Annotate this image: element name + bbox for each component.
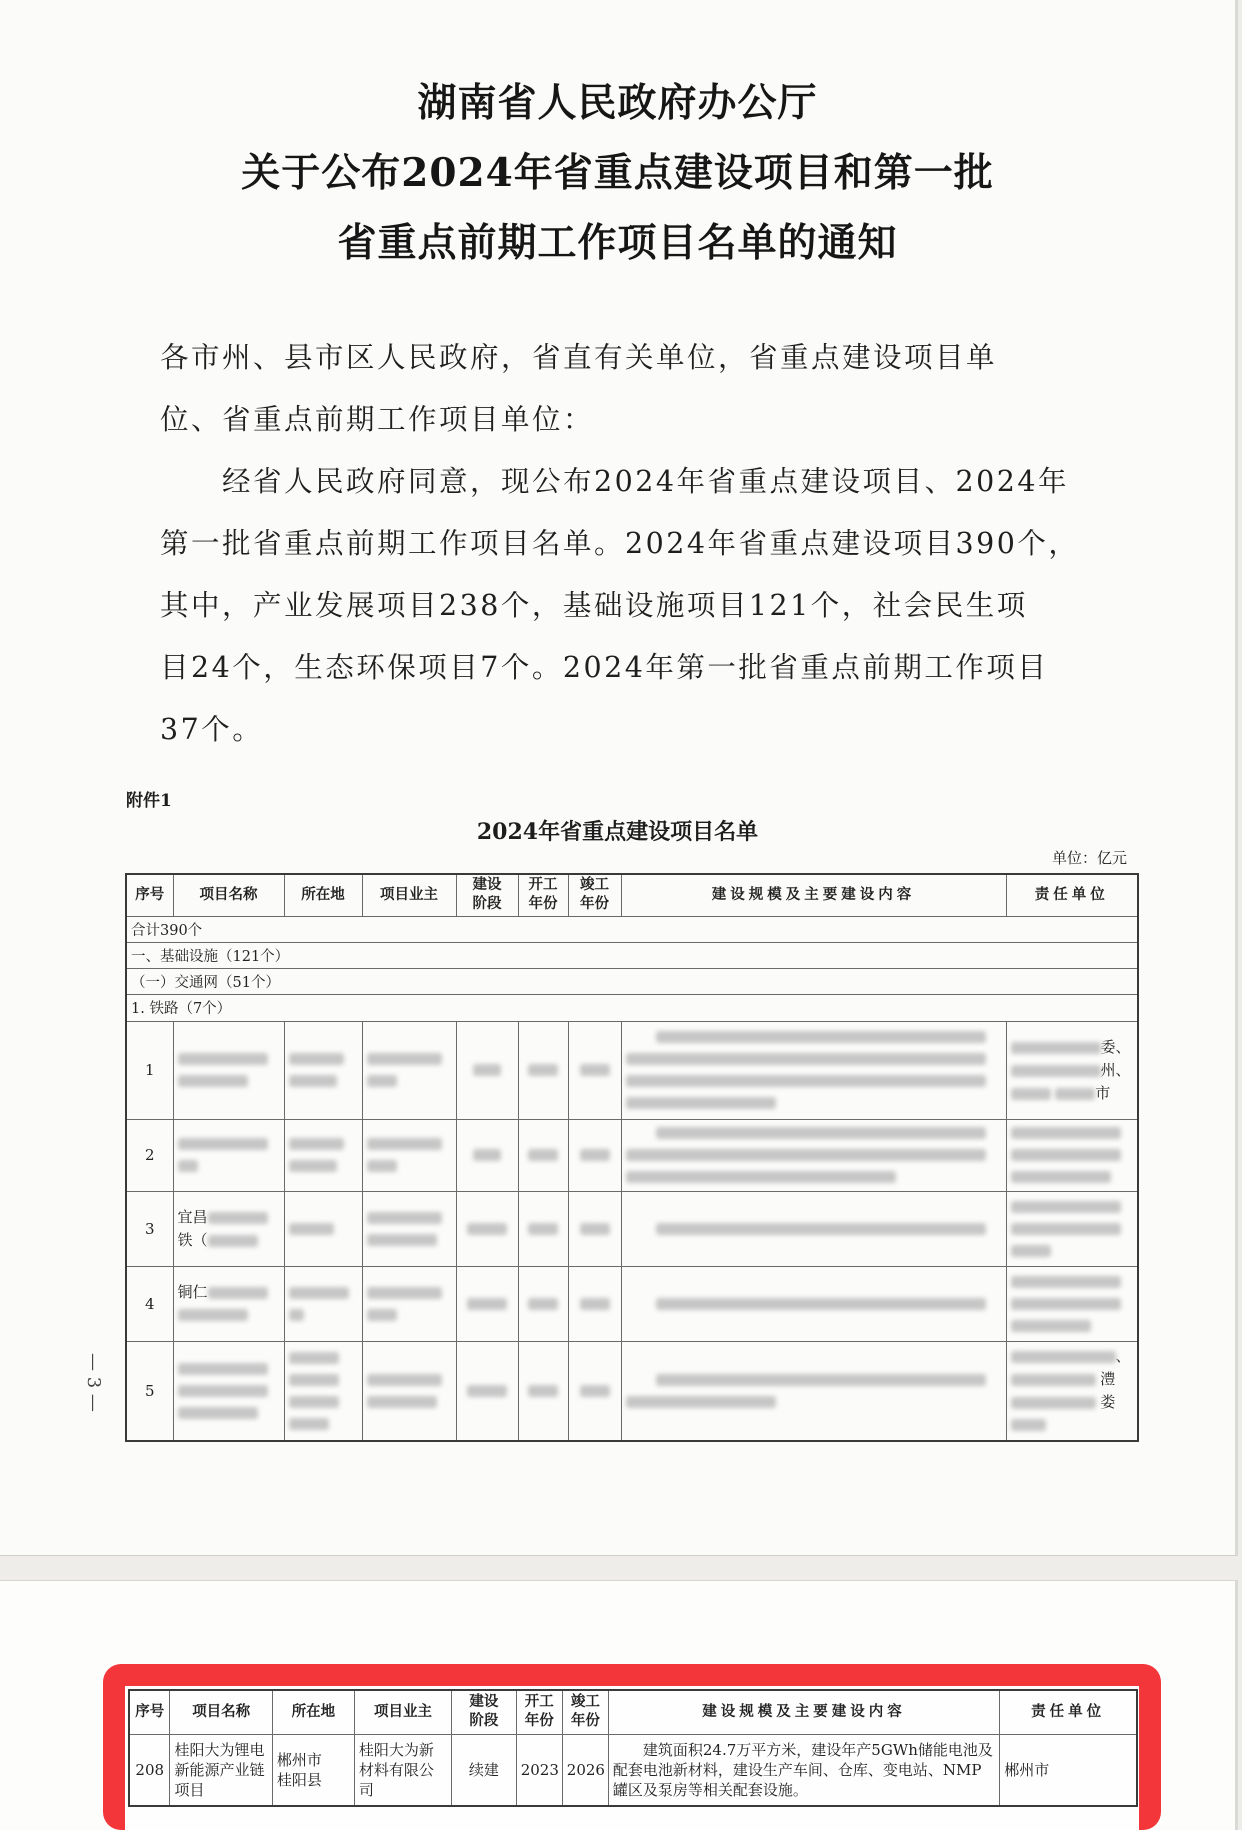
blurred-cell <box>456 1119 518 1191</box>
col-header-content: 建设规模及主要建设内容 <box>608 1690 999 1734</box>
blurred-cell <box>284 1341 362 1441</box>
blurred-cell <box>173 1119 284 1191</box>
blurred-cell <box>518 1191 568 1266</box>
blurred-cell <box>568 1266 621 1341</box>
blurred-cell <box>284 1021 362 1119</box>
document-page-1: 湖南省人民政府办公厅 关于公布2024年省重点建设项目和第一批 省重点前期工作项… <box>0 0 1238 1556</box>
blurred-cell <box>456 1191 518 1266</box>
highlighted-project-table: 序号 项目名称 所在地 项目业主 建设阶段 开工年份 竣工年份 建设规模及主要建… <box>128 1689 1138 1807</box>
col-header-stage: 建设阶段 <box>452 1690 517 1734</box>
blurred-cell <box>456 1266 518 1341</box>
col-header-content: 建设规模及主要建设内容 <box>621 874 1006 916</box>
notice-body-line: 经省人民政府同意，现公布2024年省重点建设项目、2024年 <box>160 459 1080 500</box>
notice-title-line-2: 关于公布2024年省重点建设项目和第一批 <box>0 142 1235 198</box>
notice-body-line: 第一批省重点前期工作项目名单。2024年省重点建设项目390个， <box>160 521 1080 562</box>
blurred-cell <box>1006 1119 1138 1191</box>
blurred-cell <box>284 1266 362 1341</box>
col-header-responsible: 责任单位 <box>1000 1690 1137 1734</box>
list-title: 2024年省重点建设项目名单 <box>0 815 1235 846</box>
project-name: 桂阳大为锂电新能源产业链项目 <box>170 1734 272 1806</box>
blurred-cell <box>568 1341 621 1441</box>
blurred-cell <box>173 1341 284 1441</box>
notice-body-line: 各市州、县市区人民政府，省直有关单位，省重点建设项目单 <box>160 335 1080 376</box>
page-number: — 3 — <box>80 1353 104 1412</box>
col-header-owner: 项目业主 <box>362 874 456 916</box>
blurred-cell <box>284 1191 362 1266</box>
blurred-cell <box>362 1341 456 1441</box>
notice-body-line: 位、省重点前期工作项目单位： <box>160 397 1080 438</box>
notice-title-line-1: 湖南省人民政府办公厅 <box>0 72 1235 128</box>
blurred-cell <box>456 1021 518 1119</box>
blurred-cell <box>518 1119 568 1191</box>
notice-body-line: 37个。 <box>160 707 1080 748</box>
col-header-start-year: 开工年份 <box>518 874 568 916</box>
blurred-cell <box>568 1191 621 1266</box>
col-header-end-year: 竣工年份 <box>562 1690 608 1734</box>
blurred-cell <box>518 1266 568 1341</box>
blurred-cell <box>362 1119 456 1191</box>
blurred-cell <box>362 1191 456 1266</box>
blurred-cell <box>456 1341 518 1441</box>
highlight-frame: 序号 项目名称 所在地 项目业主 建设阶段 开工年份 竣工年份 建设规模及主要建… <box>103 1664 1161 1830</box>
blurred-cell <box>621 1119 1006 1191</box>
project-list-table: 序号 项目名称 所在地 项目业主 建设阶段 开工年份 竣工年份 建设规模及主要建… <box>125 873 1139 1442</box>
notice-title-line-3: 省重点前期工作项目名单的通知 <box>0 212 1235 268</box>
col-header-name: 项目名称 <box>170 1690 272 1734</box>
group-row-total: 合计390个 <box>126 916 1138 942</box>
blurred-cell <box>568 1119 621 1191</box>
blurred-cell <box>621 1021 1006 1119</box>
col-header-name: 项目名称 <box>173 874 284 916</box>
table-row: 3 宜昌铁（ <box>126 1191 1138 1266</box>
blurred-cell <box>1006 1266 1138 1341</box>
blurred-cell <box>568 1021 621 1119</box>
table-header-row: 序号 项目名称 所在地 项目业主 建设阶段 开工年份 竣工年份 建设规模及主要建… <box>126 874 1138 916</box>
project-end-year: 2026 <box>562 1734 608 1806</box>
blurred-cell <box>518 1021 568 1119</box>
blurred-cell <box>621 1266 1006 1341</box>
notice-body-line: 其中，产业发展项目238个，基础设施项目121个，社会民生项 <box>160 583 1080 624</box>
blurred-cell <box>284 1119 362 1191</box>
project-stage: 续建 <box>452 1734 517 1806</box>
blurred-cell: 委、州、 市 <box>1006 1021 1138 1119</box>
blurred-cell <box>362 1021 456 1119</box>
col-header-stage: 建设阶段 <box>456 874 518 916</box>
attachment-label: 附件1 <box>126 786 172 811</box>
col-header-end-year: 竣工年份 <box>568 874 621 916</box>
table-header-row: 序号 项目名称 所在地 项目业主 建设阶段 开工年份 竣工年份 建设规模及主要建… <box>129 1690 1137 1734</box>
blurred-cell <box>362 1266 456 1341</box>
project-start-year: 2023 <box>516 1734 562 1806</box>
blurred-cell <box>518 1341 568 1441</box>
col-header-owner: 项目业主 <box>354 1690 451 1734</box>
group-row-railway: 1. 铁路（7个） <box>126 994 1138 1021</box>
blurred-cell <box>621 1191 1006 1266</box>
table-row: 2 <box>126 1119 1138 1191</box>
table-row: 5 、 澧 娄 <box>126 1341 1138 1441</box>
blurred-cell <box>173 1021 284 1119</box>
col-header-start-year: 开工年份 <box>516 1690 562 1734</box>
col-header-responsible: 责任单位 <box>1006 874 1138 916</box>
highlighted-project-row: 208 桂阳大为锂电新能源产业链项目 郴州市桂阳县 桂阳大为新材料有限公司 续建… <box>129 1734 1137 1806</box>
notice-body-line: 目24个，生态环保项目7个。2024年第一批省重点前期工作项目 <box>160 645 1080 686</box>
col-header-no: 序号 <box>126 874 173 916</box>
table-row: 1 委、州、 市 <box>126 1021 1138 1119</box>
table-row: 4 铜仁 <box>126 1266 1138 1341</box>
project-owner: 桂阳大为新材料有限公司 <box>354 1734 451 1806</box>
blurred-cell: 、 澧 娄 <box>1006 1341 1138 1441</box>
group-row-category: 一、基础设施（121个） <box>126 942 1138 968</box>
unit-label: 单位：亿元 <box>1052 847 1127 868</box>
col-header-location: 所在地 <box>284 874 362 916</box>
blurred-cell <box>621 1341 1006 1441</box>
project-location: 郴州市桂阳县 <box>272 1734 354 1806</box>
blurred-cell <box>1006 1191 1138 1266</box>
group-row-subcategory: （一）交通网（51个） <box>126 968 1138 994</box>
project-content: 建筑面积24.7万平方米，建设年产5GWh储能电池及配套电池新材料，建设生产车间… <box>608 1734 999 1806</box>
project-no: 208 <box>129 1734 170 1806</box>
project-responsible: 郴州市 <box>1000 1734 1137 1806</box>
col-header-no: 序号 <box>129 1690 170 1734</box>
col-header-location: 所在地 <box>272 1690 354 1734</box>
